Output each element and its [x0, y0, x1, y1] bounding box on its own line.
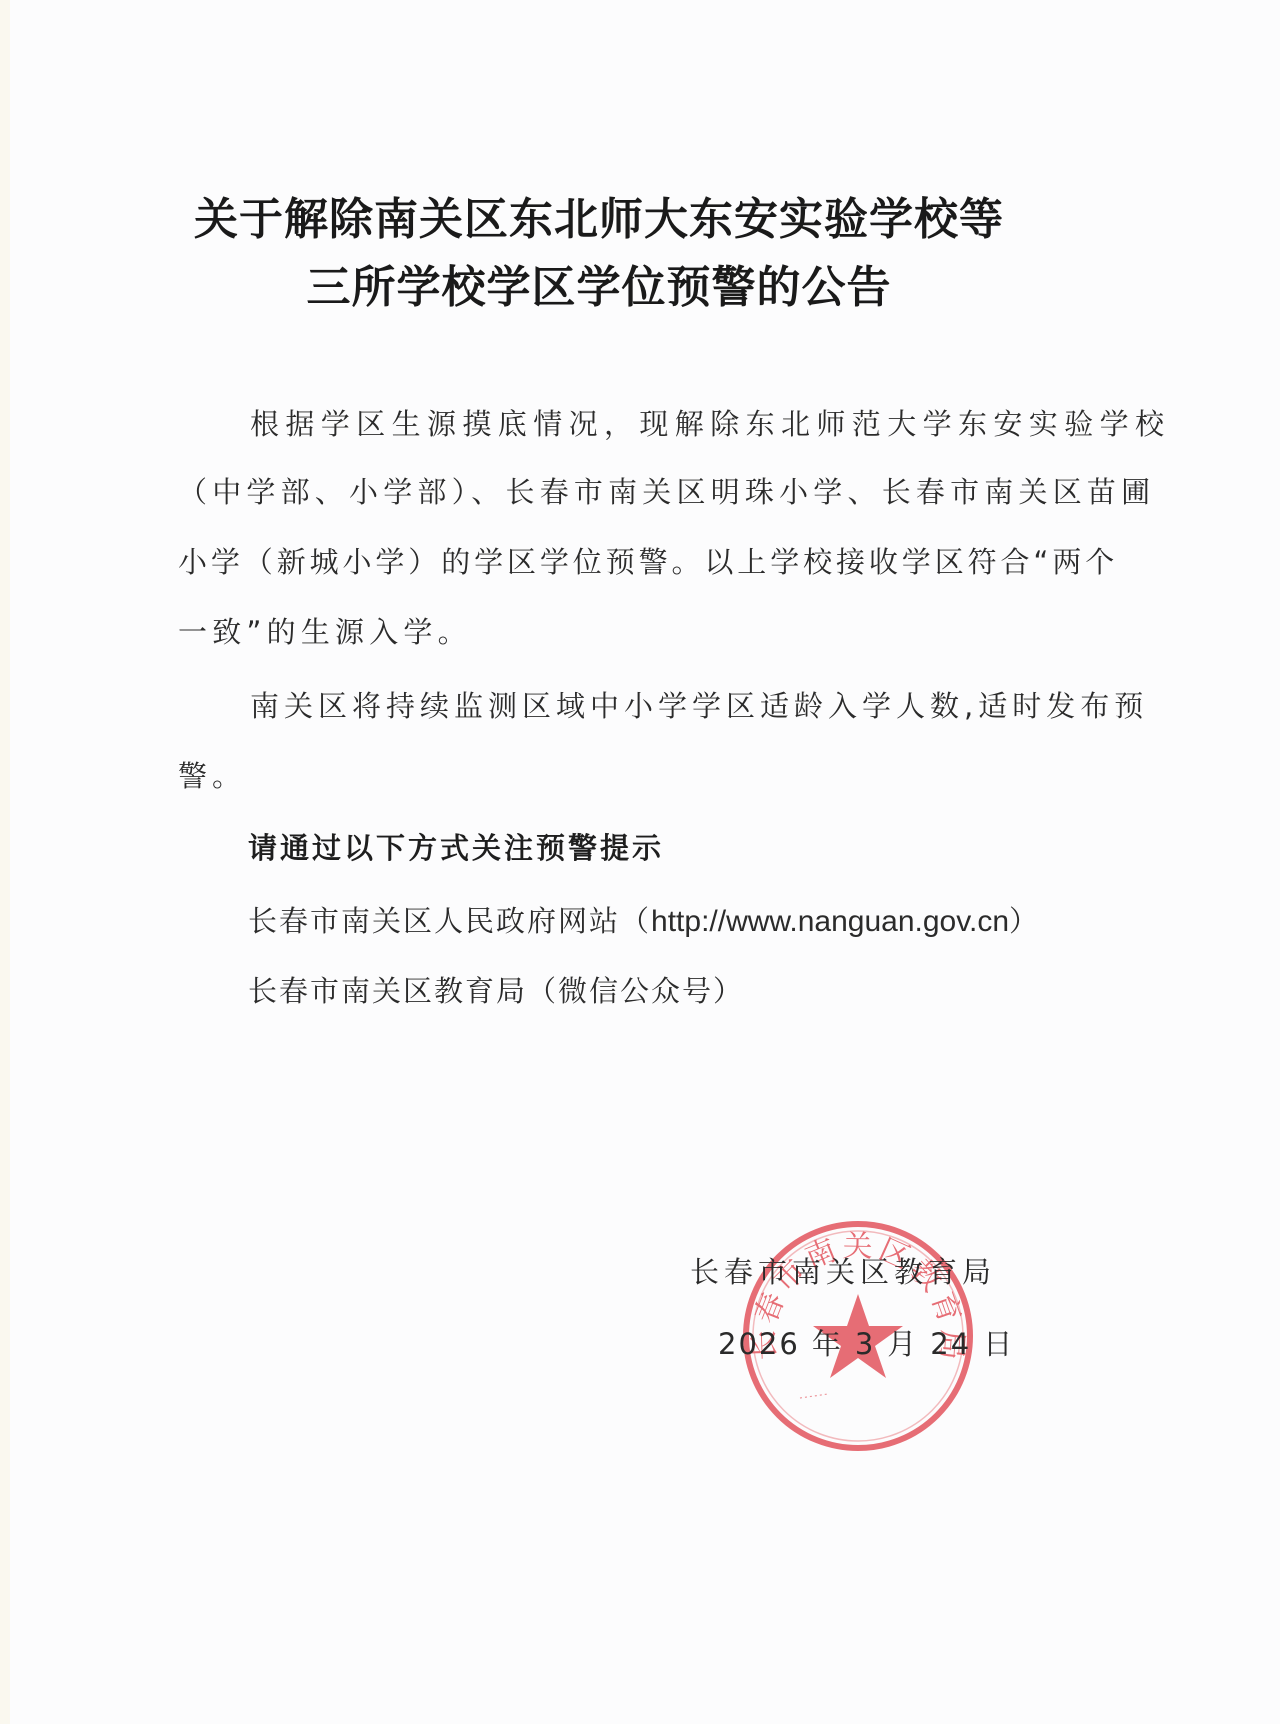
document-title-line-1: 关于解除南关区东北师大东安实验学校等: [0, 198, 1239, 242]
date-year: 2026: [718, 1327, 800, 1361]
issuer-signature: 长春市南关区教育局: [690, 1258, 996, 1287]
close-paren: ）: [713, 974, 744, 1008]
date-month-unit: 月: [887, 1327, 918, 1361]
channel-education-bureau-wechat: 长春市南关区教育局（微信公众号）: [248, 977, 744, 1006]
issue-date: 2026年3月24日: [718, 1330, 1026, 1359]
website-url-link[interactable]: http://www.nanguan.gov.cn: [651, 905, 1009, 938]
channel-detail: 微信公众号: [558, 974, 713, 1008]
channel-name: 长春市南关区教育局: [248, 974, 527, 1008]
open-paren: （: [620, 904, 651, 938]
notice-heading: 请通过以下方式关注预警提示: [248, 834, 664, 863]
channel-name: 长春市南关区人民政府网站: [248, 904, 620, 938]
paragraph-1-line-2: （中学部、小学部）、长春市南关区明珠小学、长春市南关区苗圃: [178, 478, 1155, 507]
paragraph-1-line-4: 一致”的生源入学。: [178, 618, 472, 647]
document-title-line-2: 三所学校学区学位预警的公告: [0, 266, 1239, 310]
date-month: 3: [855, 1327, 875, 1361]
close-paren: ）: [1009, 904, 1040, 938]
official-notice-document: 关于解除南关区东北师大东安实验学校等 三所学校学区学位预警的公告 根据学区生源摸…: [0, 0, 1280, 1724]
paragraph-1-line-1: 根据学区生源摸底情况，现解除东北师范大学东安实验学校: [250, 410, 1170, 439]
date-day: 24: [930, 1327, 971, 1361]
paragraph-2-line-2: 警。: [178, 762, 246, 791]
date-year-unit: 年: [812, 1327, 843, 1361]
open-paren: （: [527, 974, 558, 1008]
channel-government-website: 长春市南关区人民政府网站（http://www.nanguan.gov.cn）: [248, 907, 1040, 937]
date-day-unit: 日: [983, 1327, 1014, 1361]
paragraph-2-line-1: 南关区将持续监测区域中小学学区适龄入学人数,适时发布预: [250, 692, 1148, 721]
paragraph-1-line-3: 小学（新城小学）的学区学位预警。以上学校接收学区符合“两个: [178, 548, 1118, 577]
